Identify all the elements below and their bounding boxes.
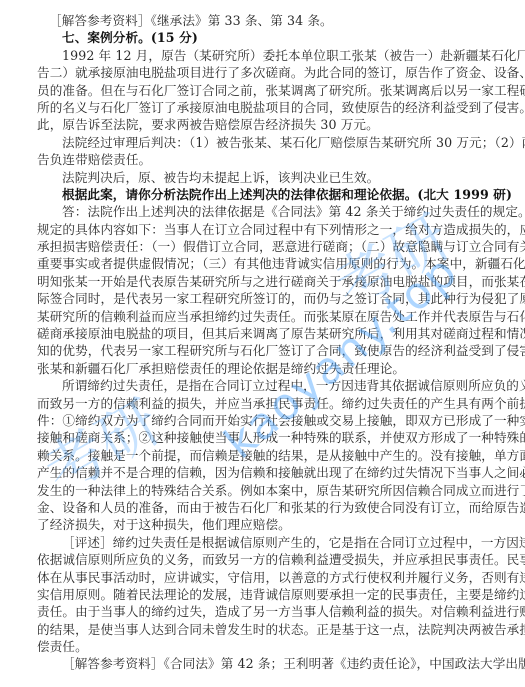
document-page: ［解答参考资料］《继承法》第 33 条、第 34 条。七、案例分析。(15 分)…	[37, 12, 485, 673]
text-line: ［解答参考资料］《合同法》第 42 条；王利明著《违约责任论》，中国政法大学出版…	[37, 655, 485, 672]
text-line: 际签合同时，是代表另一家工程研究所签订的，而仍与之签订合同，其此种行为侵犯了原告	[37, 290, 485, 307]
text-line: 件：①缔约双方为了缔约合同而开始实行社会接触或交易上接触，即双方已形成了一种实际	[37, 412, 485, 429]
text-line: 实信用原则。随着民法理论的发展，违背诚信原则要承担一定的民事责任，主要是缔约过失	[37, 586, 485, 603]
text-line: 而致另一方的信赖利益的损失，并应当承担民事责任。缔约过失责任的产生具有两个前提条	[37, 395, 485, 412]
text-line: 发生的一种法律上的特殊结合关系。例如本案中，原告某研究所因信赖合同成立而进行了资	[37, 482, 485, 499]
text-line: 员的准备。但在与石化厂签订合同之前，张某调离了研究所。张某调离后以另一家工程研究	[37, 82, 485, 99]
text-line: 磋商承接原油电脱盐的项目，但其后来调离了原告某研究所后，利用其对磋商过程和情况熟	[37, 325, 485, 342]
text-line: 某研究所的信赖利益而应当承担缔约过失责任。而张某原在原告处工作并代表原告与石化厂	[37, 308, 485, 325]
text-line: 接触和磋商关系；②这种接触使当事人形成一种特殊的联系，并使双方形成了一种特殊的信	[37, 429, 485, 446]
text-line: 答：法院作出上述判决的法律依据是《合同法》第 42 条关于缔约过失责任的规定。该	[37, 203, 485, 220]
text-line: 金、设备和人员的准备，而由于被告石化厂和张某的行为致使合同没有订立，而给原告造成	[37, 499, 485, 516]
text-line: 承担损害赔偿责任：（一）假借订立合同，恶意进行磋商；（二）故意隐瞒与订立合同有关…	[37, 238, 485, 255]
text-line: 了经济损失，对于这种损失，他们理应赔偿。	[37, 516, 485, 533]
text-line: 告负连带赔偿责任。	[37, 151, 485, 168]
text-line: 七、案例分析。(15 分)	[37, 29, 485, 46]
text-line: 告二）就承接原油电脱盐项目进行了多次磋商。为此合同的签订，原告作了资金、设备、人	[37, 64, 485, 81]
text-line: 张某和新疆石化厂承担赔偿责任的理论依据是缔约过失责任理论。	[37, 360, 485, 377]
text-line: 规定的具体内容如下：当事人在订立合同过程中有下列情形之一，给对方造成损失的，应当	[37, 221, 485, 238]
text-line: 体在从事民事活动时，应讲诚实，守信用，以善意的方式行使权利并履行义务，否则有违诚	[37, 569, 485, 586]
text-line: 所的名义与石化厂签订了承接原油电脱盐项目的合同，致使原告的经济利益受到了侵害。因	[37, 99, 485, 116]
text-line: 法院判决后，原、被告均未提起上诉，该判决业已生效。	[37, 169, 485, 186]
text-line: 依据诚信原则所应负的义务，而致另一方的信赖利益遭受损失，并应承担民事责任。民事主	[37, 551, 485, 568]
text-line: 责任。由于当事人的缔约过失，造成了另一方当事人信赖利益的损失。对信赖利益进行赔偿	[37, 603, 485, 620]
text-line: 知的优势，代表另一家工程研究所与石化厂签订了合同，致使原告的经济利益受到了侵害。	[37, 342, 485, 359]
text-line: 偿责任。	[37, 638, 485, 655]
text-line: 根据此案，请你分析法院作出上述判决的法律依据和理论依据。(北大 1999 研)	[37, 186, 485, 203]
text-line: 产生的信赖并不是合理的信赖，因为信赖和接触就出现了在缔约过失情况下当事人之间必须	[37, 464, 485, 481]
text-line: 1992 年 12 月，原告（某研究所）委托本单位职工张某（被告一）赴新疆某石化…	[37, 47, 485, 64]
text-line: 赖关系。接触是一个前提，而信赖是接触的结果，是从接触中产生的。没有接触，单方面所	[37, 447, 485, 464]
text-line: 法院经过审理后判决：（1）被告张某、某石化厂赔偿原告某研究所 30 万元；（2）…	[37, 134, 485, 151]
text-line: 重要事实或者提供虚假情况；（三）有其他违背诚实信用原则的行为。本案中，新疆石化厂	[37, 255, 485, 272]
text-line: ［评述］缔约过失责任是根据诚信原则产生的，它是指在合同订立过程中，一方因违背其	[37, 534, 485, 551]
text-line: 明知张某一开始是代表原告某研究所与之进行磋商关于承接原油电脱盐的项目，而张某在实	[37, 273, 485, 290]
text-line: 的结果，是使当事人达到合同未曾发生时的状态。正是基于这一点，法院判决两被告承担赔	[37, 621, 485, 638]
text-line: ［解答参考资料］《继承法》第 33 条、第 34 条。	[37, 12, 485, 29]
text-line: 所谓缔约过失责任，是指在合同订立过程中，一方因违背其依据诚信原则所应负的义务，	[37, 377, 485, 394]
text-line: 此，原告诉至法院，要求两被告赔偿原告经济损失 30 万元。	[37, 116, 485, 133]
